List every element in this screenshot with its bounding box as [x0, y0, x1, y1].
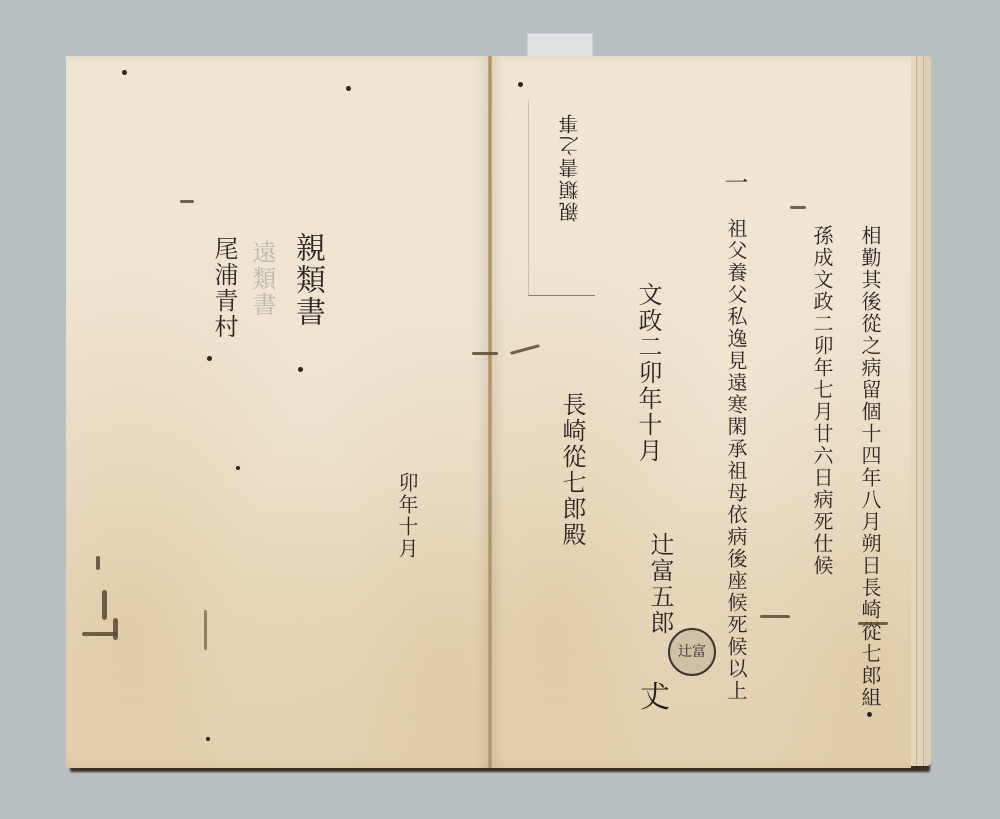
wormhole-dot [518, 82, 523, 87]
wormhole-dot [122, 70, 127, 75]
book-gutter [488, 56, 492, 768]
wormhole-dot [236, 466, 240, 470]
left-page [66, 56, 489, 768]
wormhole-dot [207, 356, 212, 361]
left-heading-kinrui: 親類書 [292, 232, 322, 328]
wormhole-dot [346, 86, 351, 91]
damage-mark [472, 352, 498, 355]
damage-mark [180, 200, 194, 203]
paper-slip [527, 33, 593, 58]
seal-text: 辻富 [678, 645, 706, 659]
wormhole-dot [298, 367, 303, 372]
signatory: 辻富五郎 [648, 532, 672, 636]
damage-mark [204, 610, 207, 650]
damage-mark [82, 632, 117, 636]
damage-mark [790, 206, 806, 209]
left-date-line: 卯年十月 [397, 472, 417, 560]
damage-mark [96, 556, 100, 570]
seal-stamp: 辻富 [668, 628, 716, 676]
right-column-3: 祖父養父私逸見遠寒閑承祖母依病後座候死候以上 [726, 218, 746, 702]
damage-mark [760, 615, 790, 618]
damage-mark [858, 622, 888, 625]
right-column-2: 孫成文政二卯年七月廿六日病死仕候 [812, 225, 832, 577]
wormhole-dot [867, 712, 872, 717]
damage-mark [102, 590, 107, 620]
addressee: 長崎從七郎殿 [560, 392, 584, 548]
wormhole-dot [206, 737, 210, 741]
kao-signature-mark: 𠀋 [640, 672, 670, 716]
right-column-1: 相勤其後從之病留個十四年八月朔日長崎從七郎組 [860, 225, 880, 709]
left-faint-text: 遠類書 [250, 240, 274, 318]
damage-mark [113, 618, 118, 640]
photo-stage: 親類書 遠類書 尾浦青村 卯年十月 親類書之事 相勤其後從之病留個十四年八月朔日… [0, 0, 1000, 819]
right-date-line: 文政二卯年十月 [636, 282, 660, 464]
header-label: 親類書之事 [560, 112, 580, 222]
left-place-name: 尾浦青村 [212, 236, 236, 340]
item-marker: 一 [722, 170, 746, 196]
